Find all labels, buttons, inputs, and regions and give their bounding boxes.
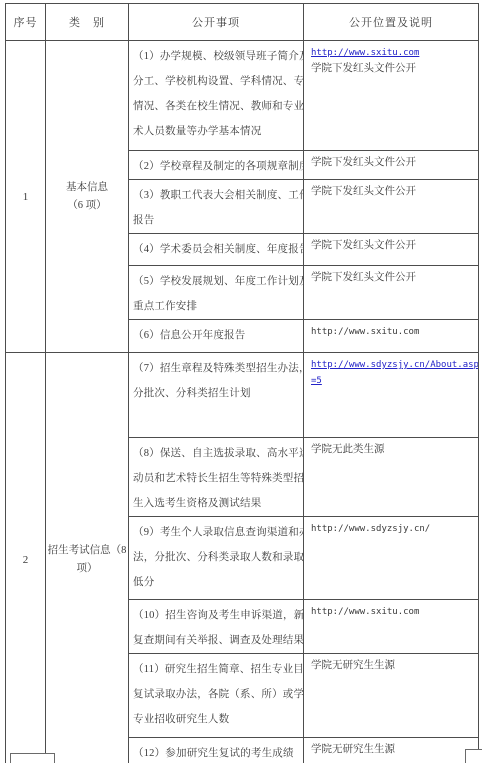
location-note-text: 学院无研究生生源: [311, 660, 395, 671]
disclosure-location-cell: 学院无研究生生源: [304, 738, 479, 763]
disclosure-location-cell: 学院下发红头文件公开: [304, 180, 479, 234]
url-text: http://www.sxitu.com: [311, 607, 419, 617]
disclosure-location-cell: 学院下发红头文件公开: [304, 151, 479, 180]
row-number-cell: 2: [6, 353, 46, 763]
disclosure-location-cell: 学院下发红头文件公开: [304, 234, 479, 266]
disclosure-item-cell: （6）信息公开年度报告: [129, 320, 304, 353]
disclosure-link[interactable]: http://www.sdyzsjy.cn/About.asp?ID =5: [311, 360, 479, 386]
disclosure-location-cell: http://www.sdyzsjy.cn/About.asp?ID =5: [304, 353, 479, 438]
col-header-no: 序号: [6, 4, 46, 41]
disclosure-item-cell: （5）学校发展规划、年度工作计划及 重点工作安排: [129, 266, 304, 320]
disclosure-item-cell: （3）教职工代表大会相关制度、工作 报告: [129, 180, 304, 234]
disclosure-item-cell: （10）招生咨询及考生申诉渠道，新生 复查期间有关举报、调查及处理结果: [129, 600, 304, 654]
disclosure-item-cell: （9）考生个人录取信息查询渠道和办 法，分批次、分科类录取人数和录取最 低分: [129, 517, 304, 600]
row-number-cell: 1: [6, 41, 46, 353]
disclosure-location-cell: http://www.sxitu.com学院下发红头文件公开: [304, 41, 479, 151]
location-note-text: 学院无研究生生源: [311, 744, 395, 755]
disclosure-location-cell: http://www.sxitu.com: [304, 320, 479, 353]
disclosure-item-cell: （1）办学规模、校级领导班子简介及 分工、学校机构设置、学科情况、专业 情况、各…: [129, 41, 304, 151]
url-text: http://www.sdyzsjy.cn/: [311, 524, 430, 534]
location-note-text: 学院下发红头文件公开: [311, 186, 416, 197]
disclosure-link[interactable]: http://www.sxitu.com: [311, 48, 419, 58]
url-text: http://www.sxitu.com: [311, 327, 419, 337]
disclosure-location-cell: 学院无此类生源: [304, 438, 479, 517]
location-note-text: 学院无此类生源: [311, 444, 385, 455]
location-note-text: 学院下发红头文件公开: [311, 272, 416, 283]
document-page: 序号 类 别 公开事项 公开位置及说明 1基本信息 （6 项）（1）办学规模、校…: [0, 0, 482, 763]
col-header-category: 类 别: [46, 4, 129, 41]
category-cell: 招生考试信息（8 项）: [46, 353, 129, 763]
disclosure-item-cell: （8）保送、自主选拔录取、高水平运 动员和艺术特长生招生等特殊类型招 生入选考生…: [129, 438, 304, 517]
disclosure-item-cell: （7）招生章程及特殊类型招生办法， 分批次、分科类招生计划: [129, 353, 304, 438]
location-note-text: 学院下发红头文件公开: [311, 63, 416, 74]
disclosure-item-cell: （12）参加研究生复试的考生成绩: [129, 738, 304, 763]
disclosure-item-cell: （4）学术委员会相关制度、年度报告: [129, 234, 304, 266]
disclosure-item-cell: （11）研究生招生简章、招生专业目录、 复试录取办法，各院（系、所）或学科、 专…: [129, 654, 304, 738]
location-note-text: 学院下发红头文件公开: [311, 240, 416, 251]
col-header-location: 公开位置及说明: [304, 4, 479, 41]
category-cell: 基本信息 （6 项）: [46, 41, 129, 353]
disclosure-location-cell: http://www.sdyzsjy.cn/: [304, 517, 479, 600]
info-disclosure-table: 序号 类 别 公开事项 公开位置及说明 1基本信息 （6 项）（1）办学规模、校…: [5, 3, 479, 763]
disclosure-item-cell: （2）学校章程及制定的各项规章制度: [129, 151, 304, 180]
disclosure-location-cell: 学院无研究生生源: [304, 654, 479, 738]
table-row: 1基本信息 （6 项）（1）办学规模、校级领导班子简介及 分工、学校机构设置、学…: [6, 41, 479, 151]
col-header-item: 公开事项: [129, 4, 304, 41]
disclosure-location-cell: 学院下发红头文件公开: [304, 266, 479, 320]
location-note-text: 学院下发红头文件公开: [311, 157, 416, 168]
header-row: 序号 类 别 公开事项 公开位置及说明: [6, 4, 479, 41]
next-table-fragment-left: [10, 753, 55, 763]
table-row: 2招生考试信息（8 项）（7）招生章程及特殊类型招生办法， 分批次、分科类招生计…: [6, 353, 479, 438]
disclosure-location-cell: http://www.sxitu.com: [304, 600, 479, 654]
next-table-fragment-right: [465, 749, 482, 763]
